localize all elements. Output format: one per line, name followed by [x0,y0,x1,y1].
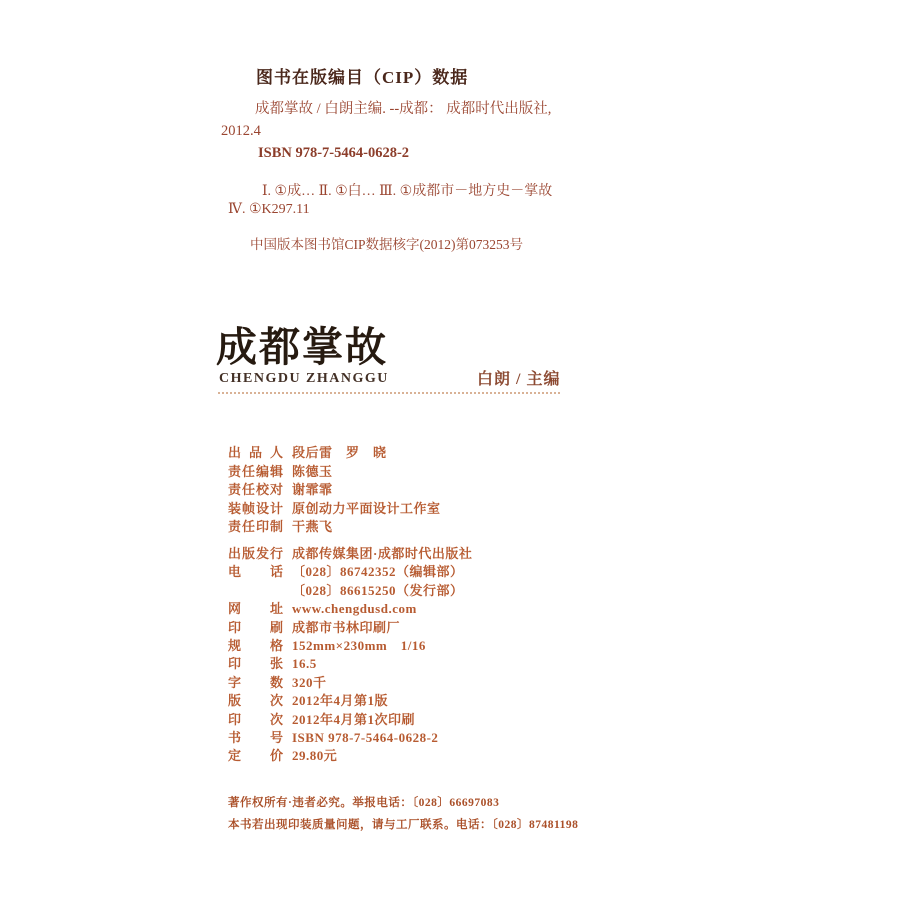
credit-row: 责任印制干燕飞 [228,518,441,537]
credit-label: 责任校对 [228,481,283,500]
credit-value: 干燕飞 [292,518,333,537]
book-title: 成都掌故 [216,325,388,370]
publication-value: 29.80元 [292,747,337,765]
publication-label: 印张 [228,655,283,673]
publication-row: 〔028〕86615250（发行部） [228,582,472,600]
publication-label: 印次 [228,711,283,729]
publication-details-block: 出版发行成都传媒集团·成都时代出版社 电话〔028〕86742352（编辑部） … [228,545,472,766]
publication-value: 成都市书林印刷厂 [292,619,400,637]
copyright-notice: 著作权所有·违者必究。举报电话：〔028〕66697083 [228,794,499,810]
publication-label: 电话 [228,563,283,581]
publication-row: 定价29.80元 [228,747,472,765]
credit-value: 谢霏霏 [292,481,333,500]
publication-label: 出版发行 [228,545,283,563]
publication-value: ISBN 978-7-5464-0628-2 [292,729,438,747]
publication-row: 印次2012年4月第1次印刷 [228,711,472,729]
publication-label: 规格 [228,637,283,655]
publication-value: 〔028〕86742352（编辑部） [292,563,464,581]
publication-value: 16.5 [292,655,317,673]
cip-heading: 图书在版编目（CIP）数据 [256,63,468,88]
credit-row: 出品人段后雷 罗 晓 [228,444,441,463]
publication-value: 152mm×230mm 1/16 [292,637,426,655]
publication-label: 印刷 [228,619,283,637]
publication-value: www.chengdusd.com [292,600,417,618]
publication-label: 网址 [228,600,283,618]
publication-row: 印刷成都市书林印刷厂 [228,619,472,637]
credit-label: 责任编辑 [228,463,283,482]
book-title-pinyin: CHENGDU ZHANGGU [219,371,389,387]
credit-label: 装帧设计 [228,500,283,519]
cip-title-line: 成都掌故 / 白朗主编. --成都： 成都时代出版社, [255,97,551,118]
publication-label: 版次 [228,692,283,710]
publication-label: 定价 [228,747,283,765]
credit-value: 陈德玉 [292,463,333,482]
credit-value: 段后雷 罗 晓 [292,444,387,463]
credit-value: 原创动力平面设计工作室 [292,500,441,519]
cip-isbn: ISBN 978-7-5464-0628-2 [258,145,409,162]
credit-row: 责任编辑陈德玉 [228,463,441,482]
cip-year-line: 2012.4 [221,123,261,140]
publication-label: 书号 [228,729,283,747]
publication-value: 320千 [292,674,327,692]
publication-label: 字数 [228,674,283,692]
credit-row: 装帧设计原创动力平面设计工作室 [228,500,441,519]
publication-row: 书号ISBN 978-7-5464-0628-2 [228,729,472,747]
publication-value: 成都传媒集团·成都时代出版社 [292,545,472,563]
publication-row: 版次2012年4月第1版 [228,692,472,710]
publication-value: 〔028〕86615250（发行部） [292,582,464,600]
publication-row: 规格152mm×230mm 1/16 [228,637,472,655]
cip-classification-1: Ⅰ. ①成… Ⅱ. ①白… Ⅲ. ①成都市－地方史－掌故 [262,180,552,200]
publication-row: 字数320千 [228,674,472,692]
editor-credit: 白朗 / 主编 [477,366,560,389]
cip-record-number: 中国版本图书馆CIP数据核字(2012)第073253号 [250,233,523,253]
credit-label: 出品人 [228,444,283,463]
credit-label: 责任印制 [228,518,283,537]
cip-classification-2: Ⅳ. ①K297.11 [228,201,310,218]
book-copyright-page: 图书在版编目（CIP）数据 成都掌故 / 白朗主编. --成都： 成都时代出版社… [0,0,900,900]
publication-value: 2012年4月第1版 [292,692,388,710]
print-quality-notice: 本书若出现印装质量问题，请与工厂联系。电话：〔028〕87481198 [228,816,578,832]
publication-row: 网址www.chengdusd.com [228,600,472,618]
divider-dashed-line [218,392,560,394]
publication-row: 印张16.5 [228,655,472,673]
credit-row: 责任校对谢霏霏 [228,481,441,500]
publication-row: 出版发行成都传媒集团·成都时代出版社 [228,545,472,563]
staff-credits-block: 出品人段后雷 罗 晓 责任编辑陈德玉 责任校对谢霏霏 装帧设计原创动力平面设计工… [228,444,441,537]
publication-row: 电话〔028〕86742352（编辑部） [228,563,472,581]
publication-value: 2012年4月第1次印刷 [292,711,415,729]
